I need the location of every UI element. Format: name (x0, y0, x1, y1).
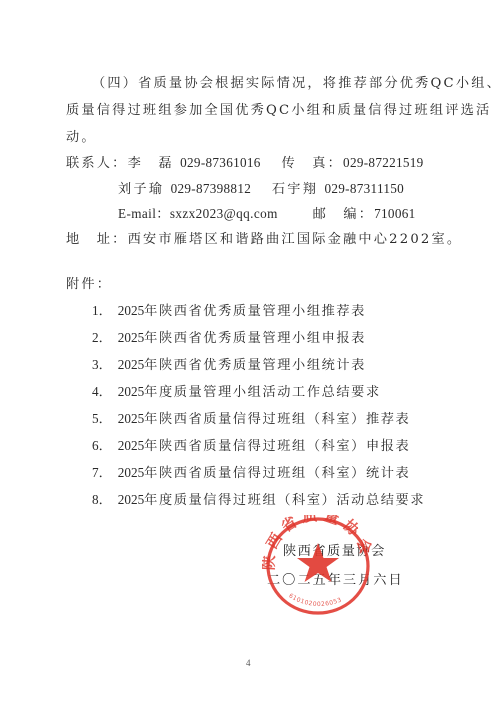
contact-person1-name: 李 磊 (128, 156, 174, 171)
attachment-item-3: 3．2025年陕西省优秀质量管理小组统计表 (92, 356, 366, 375)
paragraph-line-2: 质量信得过班组参加全国优秀QC小组和质量信得过班组评选活 (66, 102, 491, 120)
email-label: E-mail： (118, 206, 170, 221)
contact-person3-phone: 029-87311150 (325, 181, 405, 196)
attachment-item-6: 6．2025年陕西省质量信得过班组（科室）申报表 (92, 437, 410, 456)
address-value: 西安市雁塔区和谐路曲江国际金融中心2202室。 (128, 232, 463, 247)
fax-number: 029-87221519 (343, 155, 424, 170)
contact-row-3: E-mail：sxzx2023@qq.com 邮 编：710061 (118, 205, 416, 224)
official-seal: 陕西省质量协会 6101020026053 (262, 515, 374, 617)
attachment-item-2: 2．2025年陕西省优秀质量管理小组申报表 (92, 329, 366, 348)
attachment-item-1: 1．2025年陕西省优秀质量管理小组推荐表 (92, 302, 366, 321)
contact-person2-phone: 029-87398812 (171, 181, 252, 196)
attachments-heading: 附件： (66, 276, 112, 294)
svg-text:6101020026053: 6101020026053 (287, 592, 342, 608)
contact-label: 联系人： (66, 156, 128, 171)
attachment-item-7: 7．2025年陕西省质量信得过班组（科室）统计表 (92, 464, 410, 483)
address-label: 地 址： (66, 232, 128, 247)
page-number: 4 (246, 658, 251, 668)
attachment-item-4: 4．2025年度质量管理小组活动工作总结要求 (92, 383, 381, 402)
postcode-value: 710061 (374, 206, 415, 221)
fax-label: 传 真： (281, 156, 343, 171)
contact-row-2: 刘子瑜 029-87398812 石宇翔 029-87311150 (118, 180, 404, 199)
paragraph-line-1: （四）省质量协会根据实际情况，将推荐部分优秀QC小组、 (92, 75, 500, 93)
attachment-item-5: 5．2025年陕西省质量信得过班组（科室）推荐表 (92, 410, 410, 429)
contact-person1-phone: 029-87361016 (180, 155, 261, 170)
contact-row-1: 联系人：李 磊 029-87361016 传 真：029-87221519 (66, 154, 424, 173)
contact-person3-name: 石宇翔 (272, 182, 318, 197)
attachment-item-8: 8．2025年度质量信得过班组（科室）活动总结要求 (92, 491, 425, 510)
paragraph-line-3: 动。 (66, 129, 97, 147)
address-row: 地 址：西安市雁塔区和谐路曲江国际金融中心2202室。 (66, 231, 462, 249)
postcode-label: 邮 编： (313, 207, 375, 222)
email-address: sxzx2023@qq.com (170, 206, 278, 221)
contact-person2-name: 刘子瑜 (118, 182, 164, 197)
seal-icon: 陕西省质量协会 6101020026053 (262, 515, 374, 617)
